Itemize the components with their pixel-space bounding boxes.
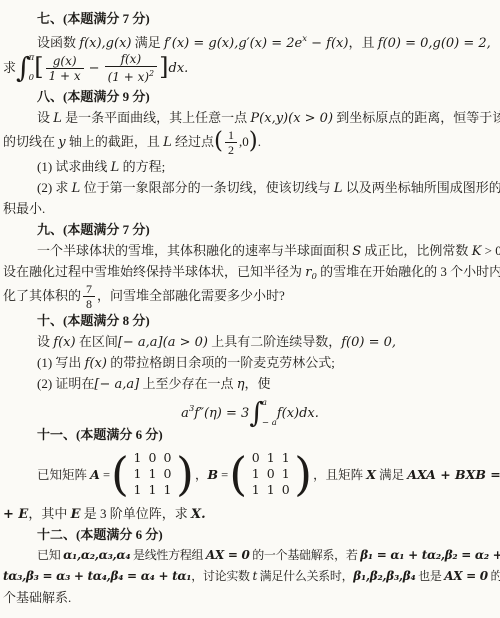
fraction-denominator: 2 — [225, 143, 237, 156]
text-segment: 成正比，比例常数 — [361, 243, 472, 258]
text-segment: 经过点 — [172, 134, 214, 149]
fraction-denominator: 1 + x — [46, 69, 84, 83]
text-segment: AXA + BXB = AXB + BXA — [407, 467, 500, 482]
fraction-denominator: 8 — [83, 297, 95, 310]
text-segment: ，且 — [348, 35, 377, 50]
line-text: ，B = — [195, 465, 228, 483]
text-segment: 的方程; — [119, 159, 165, 174]
problem-10-heading: 十、(本题满分 8 分) — [0, 310, 500, 331]
matrix-cell: 1 — [278, 466, 293, 482]
line-text: 的切线在 y 轴上的截距，且 L 经过点 — [3, 134, 214, 149]
matrix-cell: 1 — [248, 482, 263, 498]
problem-9-line-1: 一个半球体状的雪堆，其体积融化的速率与半球面面积 S 成正比，比例常数 K > … — [0, 240, 500, 261]
text-segment: 的带拉格朗日余项的一阶麦克劳林公式; — [107, 355, 335, 370]
text-segment: AX = 0 — [206, 548, 250, 562]
integral-sign: ∫a− a — [249, 398, 277, 428]
matrix-cell: 1 — [263, 450, 278, 466]
matrix-right-paren: ) — [294, 449, 312, 499]
formula-tail: f(x)dx. — [277, 406, 319, 421]
matrix-cell: 0 — [248, 450, 263, 466]
text-segment: α₁,α₂,α₃,α₄ — [63, 548, 130, 562]
fraction-numerator: 1 — [225, 128, 237, 143]
matrix-A-body: 100110111 — [130, 450, 175, 498]
problem-12-line-3: 个基础解系. — [0, 587, 500, 608]
matrix-row: 110 — [130, 466, 175, 482]
matrix-cell: 1 — [130, 482, 145, 498]
text-segment: y — [58, 135, 65, 150]
problem-11-matrix-line: 已知矩阵 A = (100110111)，B = (011101110)，且矩阵… — [0, 445, 500, 503]
matrix-row: 110 — [248, 482, 293, 498]
fraction-numerator: f(x) — [105, 52, 158, 67]
text-segment: ，使 — [245, 376, 271, 391]
text-segment: 化了其体积的 — [3, 288, 81, 303]
matrix-B: (011101110) — [229, 449, 312, 499]
text-segment: (2) 求 — [37, 180, 72, 195]
problem-8-heading: 八、(本题满分 9 分) — [0, 86, 500, 107]
text-segment: 设函数 — [37, 35, 79, 50]
matrix-row: 111 — [130, 482, 175, 498]
matrix-cell: 0 — [160, 450, 175, 466]
matrix-cell: 0 — [278, 482, 293, 498]
text-segment: 是线性方程组 — [130, 548, 206, 562]
text-segment: X. — [191, 507, 206, 522]
text-segment: 已知 — [37, 548, 63, 562]
matrix-A: (100110111) — [111, 449, 194, 499]
problem-12-line-2: tα₃,β₃ = α₃ + tα₄,β₄ = α₄ + tα₁，讨论实数 t 满… — [0, 566, 500, 587]
denominator-exponent: 2 — [149, 69, 154, 78]
problem-7-integral-line: 求∫π0[g(x)1 + x−f(x)(1 + x)2]dx. — [0, 50, 500, 86]
problem-10-item-1: (1) 写出 f(x) 的带拉格朗日余项的一阶麦克劳林公式; — [0, 352, 500, 373]
fraction-numerator: 7 — [83, 282, 95, 297]
integral-limits: a− a — [262, 398, 277, 428]
left-bracket: [ — [34, 53, 43, 81]
text-segment: 设在融化过程中雪堆始终保持半球体状，已知半径为 — [3, 264, 305, 279]
text-segment: ，问雪堆全部融化需要多少小时? — [97, 288, 285, 303]
problem-10-line-1: 设 f(x) 在区间[− a,a](a > 0) 上具有二阶连续导数，f(0) … — [0, 331, 500, 352]
integral-upper-limit: a — [262, 398, 277, 408]
problem-9-line-3: 化了其体积的78，问雪堆全部融化需要多少小时? — [0, 282, 500, 310]
text-segment: f(0) = 0, — [341, 335, 396, 350]
text-segment: (1) 试求曲线 — [37, 159, 111, 174]
problem-12-line-1: 已知 α₁,α₂,α₃,α₄ 是线性方程组 AX = 0 的一个基础解系，若 β… — [0, 545, 500, 566]
text-segment: L — [163, 135, 172, 150]
text-segment: 以及两坐标轴所围成图形的面 — [342, 180, 500, 195]
text-segment: AX = 0 — [444, 569, 488, 583]
formula-mid: f″(η) = 3 — [194, 406, 249, 421]
matrix-left-paren: ( — [111, 449, 129, 499]
formula-base: a — [181, 406, 189, 421]
text-segment: S — [352, 244, 361, 259]
text-segment: 的一个基础解系，若 — [250, 548, 361, 562]
text-segment: β₁ = α₁ + tα₂,β₂ = α₂ + — [360, 548, 500, 562]
text-segment: f(x) — [53, 335, 75, 350]
integral-sign: ∫π0 — [16, 53, 34, 83]
text-segment: 上至少存在一点 — [139, 376, 237, 391]
text-segment: f(x),g(x) — [79, 36, 131, 50]
problem-10-formula: a3f″(η) = 3∫a− af(x)dx. — [0, 394, 500, 424]
text-segment: K — [472, 244, 482, 259]
text-segment: 位于第一象限部分的一条切线，使该切线与 — [80, 180, 334, 195]
line-text: 已知矩阵 A = — [37, 465, 110, 483]
problem-10: 十、(本题满分 8 分) 设 f(x) 在区间[− a,a](a > 0) 上具… — [0, 310, 500, 424]
text-segment: L — [53, 111, 62, 126]
integral-prefix: 求 — [3, 60, 16, 75]
text-segment: η — [237, 377, 245, 392]
matrix-cell: 1 — [145, 466, 160, 482]
matrix-cell: 1 — [145, 482, 160, 498]
problem-8-line-2: 的切线在 y 轴上的截距，且 L 经过点(12,0). — [0, 128, 500, 156]
problem-7-heading: 七、(本题满分 7 分) — [0, 8, 500, 29]
text-segment: 已知矩阵 — [37, 468, 90, 482]
text-segment: 设 — [37, 334, 53, 349]
integral-differential: dx. — [169, 61, 189, 76]
problem-8: 八、(本题满分 9 分) 设 L 是一条平面曲线，其上任意一点 P(x,y)(x… — [0, 86, 500, 219]
text-segment: 的一 — [488, 569, 500, 583]
matrix-B-body: 011101110 — [248, 450, 293, 498]
text-segment: (1) 写出 — [37, 355, 85, 370]
text-segment: 积最小. — [3, 201, 45, 216]
fraction-numerator: g(x) — [46, 54, 84, 69]
problem-10-item-2: (2) 证明在[− a,a] 上至少存在一点 η，使 — [0, 373, 500, 394]
problem-12: 十二、(本题满分 6 分) 已知 α₁,α₂,α₃,α₄ 是线性方程组 AX =… — [0, 524, 500, 608]
problem-8-item-2-line-2: 积最小. — [0, 198, 500, 219]
fraction-seven-eighths: 78 — [83, 282, 95, 310]
text-segment: tα₃,β₃ = α₃ + tα₄,β₄ = α₄ + tα₁ — [3, 569, 191, 583]
fraction-one-half: 12 — [225, 128, 237, 156]
text-segment: B — [207, 467, 218, 482]
left-paren: ( — [214, 128, 223, 154]
text-segment: 个基础解系. — [3, 590, 71, 605]
text-segment: A — [90, 467, 100, 482]
matrix-cell: 1 — [160, 482, 175, 498]
text-segment: P(x,y)(x > 0) — [250, 111, 333, 126]
fraction-denominator: (1 + x)2 — [105, 67, 158, 84]
matrix-cell: 1 — [130, 450, 145, 466]
text-segment: f(0) = 0,g(0) = 2, — [378, 36, 491, 50]
text-segment: 上具有二阶连续导数， — [208, 334, 341, 349]
text-segment: 在区间 — [76, 334, 118, 349]
matrix-right-paren: ) — [176, 449, 194, 499]
text-segment: 也是 — [415, 569, 444, 583]
text-segment: 的切线在 — [3, 134, 58, 149]
problem-7: 七、(本题满分 7 分) 设函数 f(x),g(x) 满足 f′(x) = g(… — [0, 8, 500, 86]
matrix-cell: 1 — [278, 450, 293, 466]
text-segment: + E — [3, 507, 28, 522]
fraction-g: g(x)1 + x — [46, 54, 84, 83]
matrix-cell: 0 — [160, 466, 175, 482]
integral-lower-limit: − a — [262, 418, 277, 428]
problem-12-heading: 十二、(本题满分 6 分) — [0, 524, 500, 545]
matrix-cell: 1 — [263, 482, 278, 498]
problem-7-body: 设函数 f(x),g(x) 满足 f′(x) = g(x),g′(x) = 2e… — [0, 29, 500, 50]
matrix-cell: 1 — [248, 466, 263, 482]
text-segment: ，讨论实数 — [191, 569, 252, 583]
matrix-left-paren: ( — [229, 449, 247, 499]
matrix-cell: 1 — [130, 466, 145, 482]
text-segment: (2) 证明在 — [37, 376, 94, 391]
text-segment: [− a,a] — [94, 377, 139, 392]
problem-8-item-1: (1) 试求曲线 L 的方程; — [0, 156, 500, 177]
text-segment: 轴上的截距，且 — [66, 134, 164, 149]
problem-8-item-2-line-1: (2) 求 L 位于第一象限部分的一条切线，使该切线与 L 以及两坐标轴所围成图… — [0, 177, 500, 198]
matrix-row: 100 — [130, 450, 175, 466]
text-segment: 设 — [37, 110, 53, 125]
fraction-f: f(x)(1 + x)2 — [105, 52, 158, 84]
line-text: 化了其体积的 — [3, 288, 81, 303]
problem-9-heading: 九、(本题满分 7 分) — [0, 219, 500, 240]
matrix-row: 011 — [248, 450, 293, 466]
text-segment: 满足什么关系时， — [257, 569, 353, 583]
problem-9-line-2: 设在融化过程中雪堆始终保持半球体状，已知半径为 r0 的雪堆在开始融化的 3 个… — [0, 261, 500, 282]
text-segment: > 0. 假 — [481, 243, 500, 258]
text-segment: E — [71, 507, 81, 522]
right-paren: ) — [249, 128, 258, 154]
problem-11-continuation: + E，其中 E 是 3 阶单位阵，求 X. — [0, 503, 500, 524]
problem-9: 九、(本题满分 7 分) 一个半球体状的雪堆，其体积融化的速率与半球面面积 S … — [0, 219, 500, 310]
text-segment: 到坐标原点的距离，恒等于该点处 — [333, 110, 500, 125]
problem-8-line-1: 设 L 是一条平面曲线，其上任意一点 P(x,y)(x > 0) 到坐标原点的距… — [0, 107, 500, 128]
minus-operator: − — [89, 61, 100, 76]
text-segment: ，其中 — [28, 506, 70, 521]
text-segment: [− a,a](a > 0) — [118, 335, 208, 350]
text-segment: 是一条平面曲线，其上任意一点 — [62, 110, 251, 125]
text-segment: ，且矩阵 — [313, 468, 366, 482]
text-segment: 是 3 阶单位阵，求 — [81, 506, 192, 521]
text-segment: = — [100, 468, 110, 482]
denominator-base: (1 + x) — [108, 70, 149, 84]
text-segment: β₁,β₂,β₃,β₄ — [353, 569, 415, 583]
matrix-row: 101 — [248, 466, 293, 482]
point-second-coordinate: ,0 — [239, 134, 249, 149]
line-text: ，且矩阵 X 满足 AXA + BXB = AXB + BXA — [313, 465, 500, 483]
matrix-cell: 0 — [263, 466, 278, 482]
problem-11: 十一、(本题满分 6 分) 已知矩阵 A = (100110111)，B = (… — [0, 424, 500, 524]
text-segment: = — [218, 468, 228, 482]
period: . — [258, 134, 261, 149]
text-segment: 的雪堆在开始融化的 3 个小时内，融 — [317, 264, 500, 279]
text-segment: 满足 — [131, 35, 164, 50]
line-text: ，问雪堆全部融化需要多少小时? — [97, 288, 285, 303]
right-bracket: ] — [159, 53, 168, 81]
text-segment: ， — [195, 468, 208, 482]
matrix-cell: 0 — [145, 450, 160, 466]
text-segment: − f(x) — [307, 36, 348, 50]
text-segment: 满足 — [376, 468, 407, 482]
exam-paper-page: 七、(本题满分 7 分) 设函数 f(x),g(x) 满足 f′(x) = g(… — [0, 0, 500, 618]
text-segment: f′(x) = g(x),g′(x) = 2e — [164, 36, 302, 50]
text-segment: f(x) — [85, 356, 107, 371]
text-segment: 一个半球体状的雪堆，其体积融化的速率与半球面面积 — [37, 243, 352, 258]
text-segment: X — [366, 467, 376, 482]
